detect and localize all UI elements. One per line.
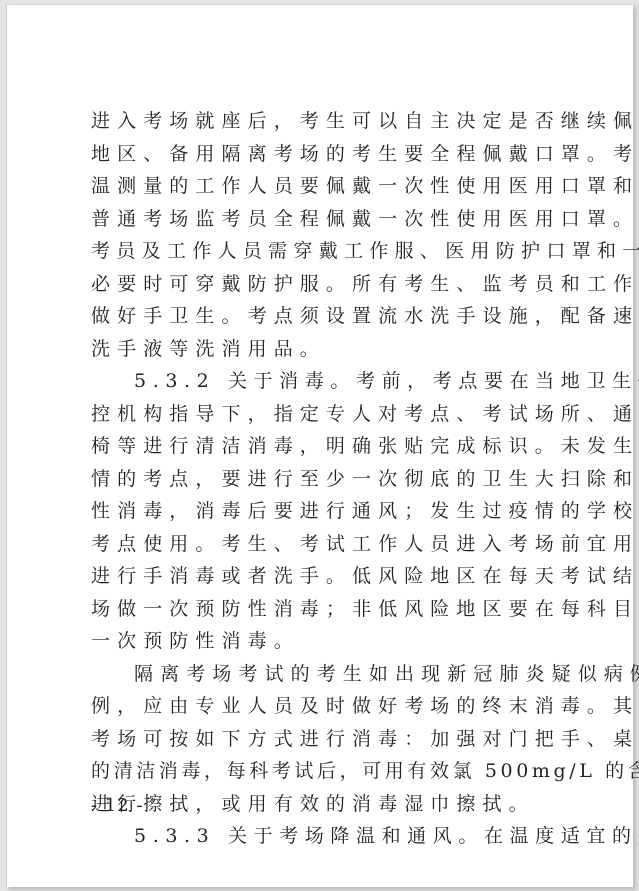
text-line: 情的考点，要进行至少一次彻底的卫生大扫除和至少一次预防: [91, 463, 543, 496]
text-line: 例，应由专业人员及时做好考场的终末消毒。其他情况，隔离: [91, 690, 543, 723]
document-body: 进入考场就座后，考生可以自主决定是否继续佩戴；非低风险 地区、备用隔离考场的考生…: [91, 105, 543, 853]
section-heading-5-3-3: 5.3.3 关于考场降温和通风。在温度适宜的条件下，考点: [91, 820, 543, 853]
text-line: 控机构指导下，指定专人对考点、考试场所、通道、区域、桌: [91, 398, 543, 431]
text-line: 考员及工作人员需穿戴工作服、医用防护口罩和一次性手套等，: [91, 235, 543, 268]
paragraph-start: 隔离考场考试的考生如出现新冠肺炎疑似病例或确诊病: [91, 658, 543, 691]
text-line: 地区、备用隔离考场的考生要全程佩戴口罩。考点入口负责体: [91, 138, 543, 171]
document-page: 进入考场就座后，考生可以自主决定是否继续佩戴；非低风险 地区、备用隔离考场的考生…: [6, 4, 633, 887]
text-line: 进行擦拭，或用有效的消毒湿巾擦拭。: [91, 788, 543, 821]
text-line: 椅等进行清洁消毒，明确张贴完成标识。未发生过新冠肺炎疫: [91, 430, 543, 463]
text-line: 性消毒，消毒后要进行通风；发生过疫情的学校，原则上不做: [91, 495, 543, 528]
text-line: 进行手消毒或者洗手。低风险地区在每天考试结束后，要对考: [91, 560, 543, 593]
text-line: 进入考场就座后，考生可以自主决定是否继续佩戴；非低风险: [91, 105, 543, 138]
text-line: 必要时可穿戴防护服。所有考生、监考员和工作人员必须随时: [91, 268, 543, 301]
text-line: 一次预防性消毒。: [91, 625, 543, 658]
section-heading-5-3-2: 5.3.2 关于消毒。考前，考点要在当地卫生健康部门、疾: [91, 365, 543, 398]
page-number: - 12 -: [91, 795, 144, 816]
text-line: 考点使用。考生、考试工作人员进入考场前宜用速干手消毒剂: [91, 528, 543, 561]
text-line: 普通考场监考员全程佩戴一次性使用医用口罩。隔离考场的监: [91, 203, 543, 236]
text-line: 的清洁消毒，每科考试后，可用有效氯 500mg/L 的含氯消毒剂: [91, 755, 543, 788]
text-line: 温测量的工作人员要佩戴一次性使用医用口罩和一次性手套；: [91, 170, 543, 203]
text-line: 洗手液等洗消用品。: [91, 333, 543, 366]
text-line: 做好手卫生。考点须设置流水洗手设施，配备速干手消毒剂、: [91, 300, 543, 333]
text-line: 考场可按如下方式进行消毒：加强对门把手、桌椅等物体表面: [91, 723, 543, 756]
text-line: 场做一次预防性消毒；非低风险地区要在每科目考试结束后做: [91, 593, 543, 626]
